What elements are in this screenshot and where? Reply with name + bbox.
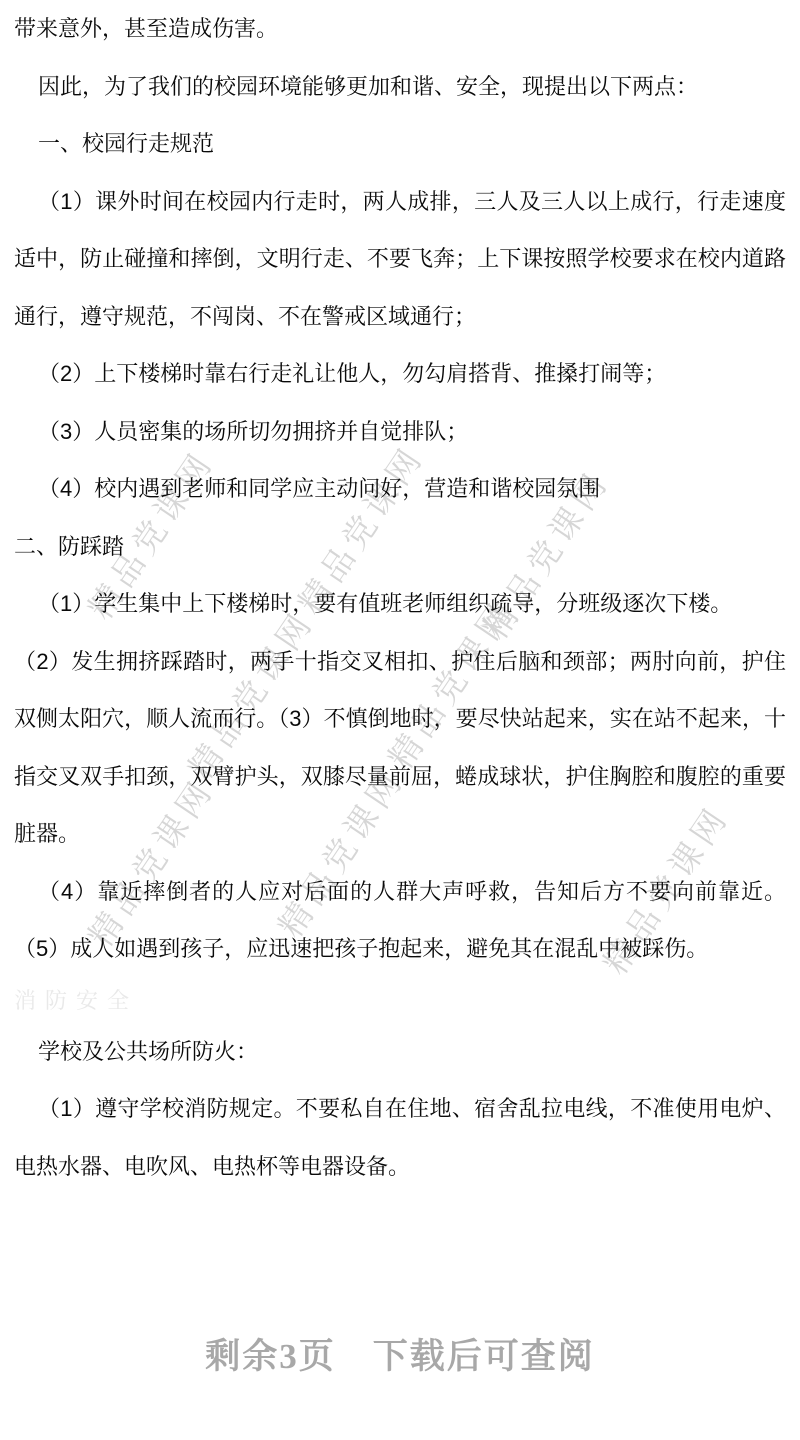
- document-preview-page: 精品党课网 精品党课网 精品党课网 精品党课网 精品党课网 精品党课网 精品党课…: [0, 0, 800, 1440]
- section2-items4-5-paragraph: （4）靠近摔倒者的人应对后面的人群大声呼救，告知后方不要向前靠近。（5）成人如遇…: [14, 863, 786, 978]
- section1-item2-paragraph: （2）上下楼梯时靠右行走礼让他人，勿勾肩搭背、推搡打闹等；: [14, 345, 786, 403]
- section2-items2-3-paragraph: （2）发生拥挤踩踏时，两手十指交叉相扣、护住后脑和颈部；两肘向前，护住双侧太阳穴…: [14, 633, 786, 863]
- section1-item4-paragraph: （4）校内遇到老师和同学应主动问好，营造和谐校园氛围: [14, 460, 786, 518]
- section2-heading: 二、防踩踏: [14, 518, 786, 576]
- section1-item3-paragraph: （3）人员密集的场所切勿拥挤并自觉排队；: [14, 403, 786, 461]
- remaining-pages-overlay: 剩余3页 下载后可查阅: [0, 1332, 800, 1382]
- therefore-paragraph: 因此，为了我们的校园环境能够更加和谐、安全，现提出以下两点：: [14, 58, 786, 116]
- section2-item1-paragraph: （1）学生集中上下楼梯时，要有值班老师组织疏导，分班级逐次下楼。: [14, 575, 786, 633]
- fire-prevention-heading: 学校及公共场所防火：: [14, 1023, 786, 1081]
- section1-heading: 一、校园行走规范: [14, 115, 786, 173]
- document-body: 带来意外，甚至造成伤害。 因此，为了我们的校园环境能够更加和谐、安全，现提出以下…: [0, 0, 800, 1195]
- faded-fire-safety-heading: 消防安全: [14, 978, 786, 1023]
- fire-item1-paragraph: （1）遵守学校消防规定。不要私自在住地、宿舍乱拉电线，不准使用电炉、电热水器、电…: [14, 1080, 786, 1195]
- section1-item1-paragraph: （1）课外时间在校园内行走时，两人成排，三人及三人以上成行，行走速度适中，防止碰…: [14, 173, 786, 346]
- intro-tail-paragraph: 带来意外，甚至造成伤害。: [14, 0, 786, 58]
